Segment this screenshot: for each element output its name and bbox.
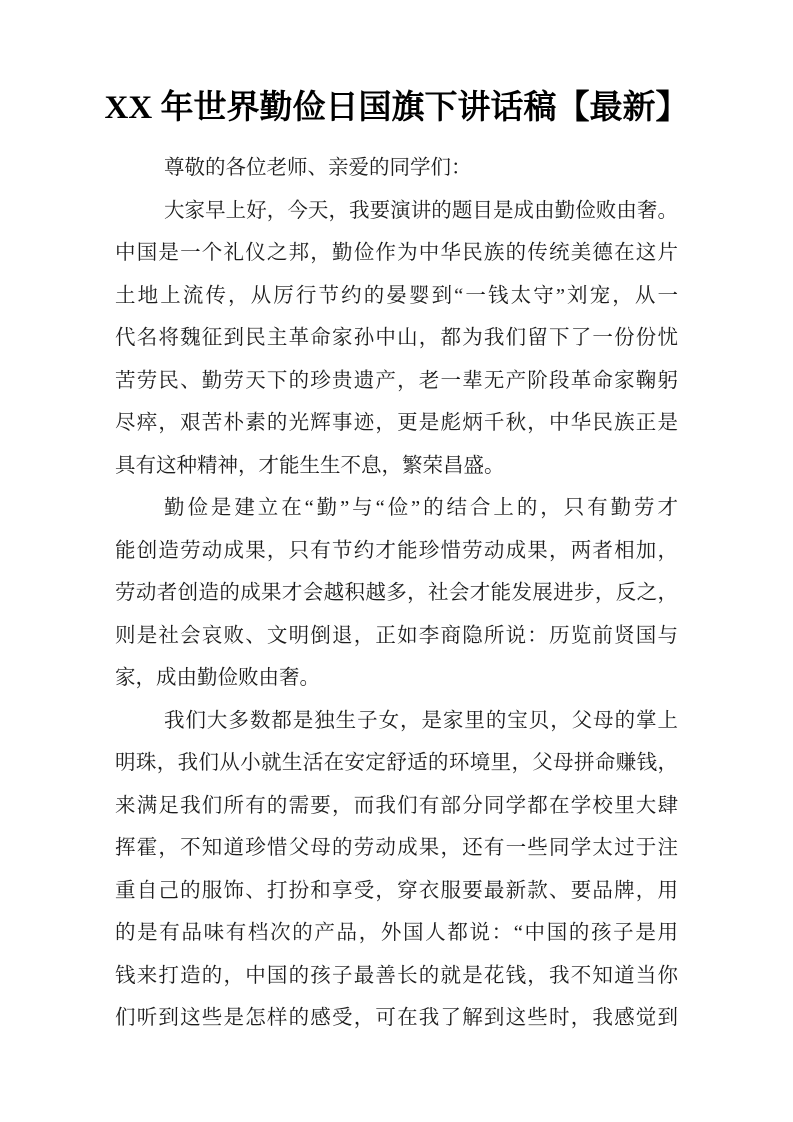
text-line: 具有这种精神，才能生生不息，繁荣昌盛。 — [115, 445, 678, 488]
document-page: XX 年世界勤俭日国旗下讲话稿【最新】 尊敬的各位老师、亲爱的同学们：大家早上好… — [0, 0, 793, 1122]
text-line: 们听到这些是怎样的感受，可在我了解到这些时，我感觉到 — [115, 997, 678, 1040]
text-line: 家，成由勤俭败由奢。 — [115, 657, 678, 700]
text-line: 土地上流传，从厉行节约的晏婴到“一钱太守”刘宠，从一 — [115, 275, 678, 318]
text-line: 则是社会哀败、文明倒退，正如李商隐所说：历览前贤国与 — [115, 615, 678, 658]
text-line: 中国是一个礼仪之邦，勤俭作为中华民族的传统美德在这片 — [115, 232, 678, 275]
text-line: 尽瘁，艰苦朴素的光辉事迹，更是彪炳千秋，中华民族正是 — [115, 402, 678, 445]
text-line: 钱来打造的，中国的孩子最善长的就是花钱，我不知道当你 — [115, 955, 678, 998]
text-line: 重自己的服饰、打扮和享受，穿衣服要最新款、要品牌，用 — [115, 870, 678, 913]
text-line: 明珠，我们从小就生活在安定舒适的环境里，父母拼命赚钱， — [115, 742, 678, 785]
text-line: 我们大多数都是独生子女，是家里的宝贝，父母的掌上 — [115, 700, 678, 743]
text-line: 尊敬的各位老师、亲爱的同学们： — [115, 147, 678, 190]
text-line: 代名将魏征到民主革命家孙中山，都为我们留下了一份份忧 — [115, 317, 678, 360]
text-line: 大家早上好，今天，我要演讲的题目是成由勤俭败由奢。 — [115, 190, 678, 233]
text-line: 能创造劳动成果，只有节约才能珍惜劳动成果，两者相加， — [115, 530, 678, 573]
text-line: 挥霍，不知道珍惜父母的劳动成果，还有一些同学太过于注 — [115, 827, 678, 870]
text-line: 的是有品味有档次的产品，外国人都说：“中国的孩子是用 — [115, 912, 678, 955]
text-line: 来满足我们所有的需要，而我们有部分同学都在学校里大肆 — [115, 785, 678, 828]
document-title: XX 年世界勤俭日国旗下讲话稿【最新】 — [0, 84, 793, 132]
document-body: 尊敬的各位老师、亲爱的同学们：大家早上好，今天，我要演讲的题目是成由勤俭败由奢。… — [115, 147, 678, 1040]
text-line: 劳动者创造的成果才会越积越多，社会才能发展进步，反之， — [115, 572, 678, 615]
text-line: 苦劳民、勤劳天下的珍贵遗产，老一辈无产阶段革命家鞠躬 — [115, 360, 678, 403]
text-line: 勤俭是建立在“勤”与“俭”的结合上的，只有勤劳才 — [115, 487, 678, 530]
